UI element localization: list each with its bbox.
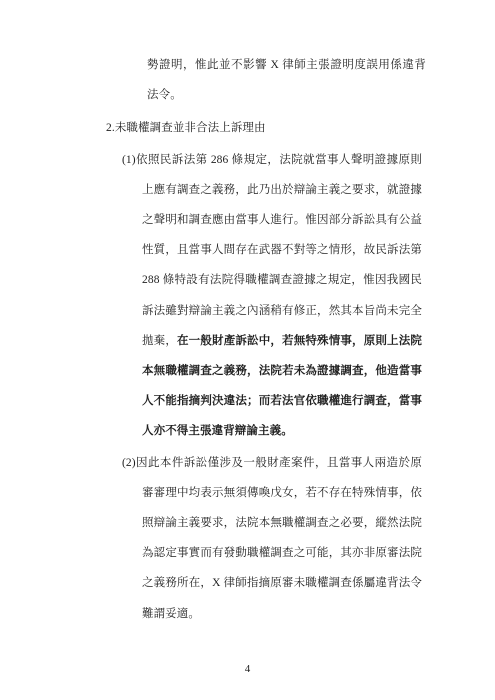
item-2-marker: (2) [122, 457, 136, 469]
list-item-2: (2)因此本件訴訟僅涉及一般財產案件，且當事人兩造於原審審理中均表示無須傳喚戊女… [106, 448, 422, 629]
text-block: 勢證明，惟此並不影響 X 律師主張證明度誤用係違背法令。 2.未職權調查並非合法… [106, 50, 422, 629]
section-heading: 2.未職權調查並非合法上訴理由 [106, 113, 422, 143]
list-item-1: (1)依照民訴法第 286 條規定，法院就當事人聲明證據原則上應有調查之義務，此… [106, 145, 422, 447]
item-1-text-emphasis: 在一般財產訴訟中，若無特殊情事，原則上法院本無職權調查之義務，法院若未為證據調查… [142, 335, 422, 438]
paragraph-continuation: 勢證明，惟此並不影響 X 律師主張證明度誤用係違背法令。 [147, 50, 426, 110]
document-page: 勢證明，惟此並不影響 X 律師主張證明度誤用係違背法令。 2.未職權調查並非合法… [0, 0, 495, 700]
page-number: 4 [0, 663, 495, 675]
item-1-marker: (1) [122, 154, 136, 166]
item-2-text: 因此本件訴訟僅涉及一般財產案件，且當事人兩造於原審審理中均表示無須傳喚戊女，若不… [136, 457, 422, 620]
item-1-text: 依照民訴法第 286 條規定，法院就當事人聲明證據原則上應有調查之義務，此乃出於… [136, 154, 422, 347]
